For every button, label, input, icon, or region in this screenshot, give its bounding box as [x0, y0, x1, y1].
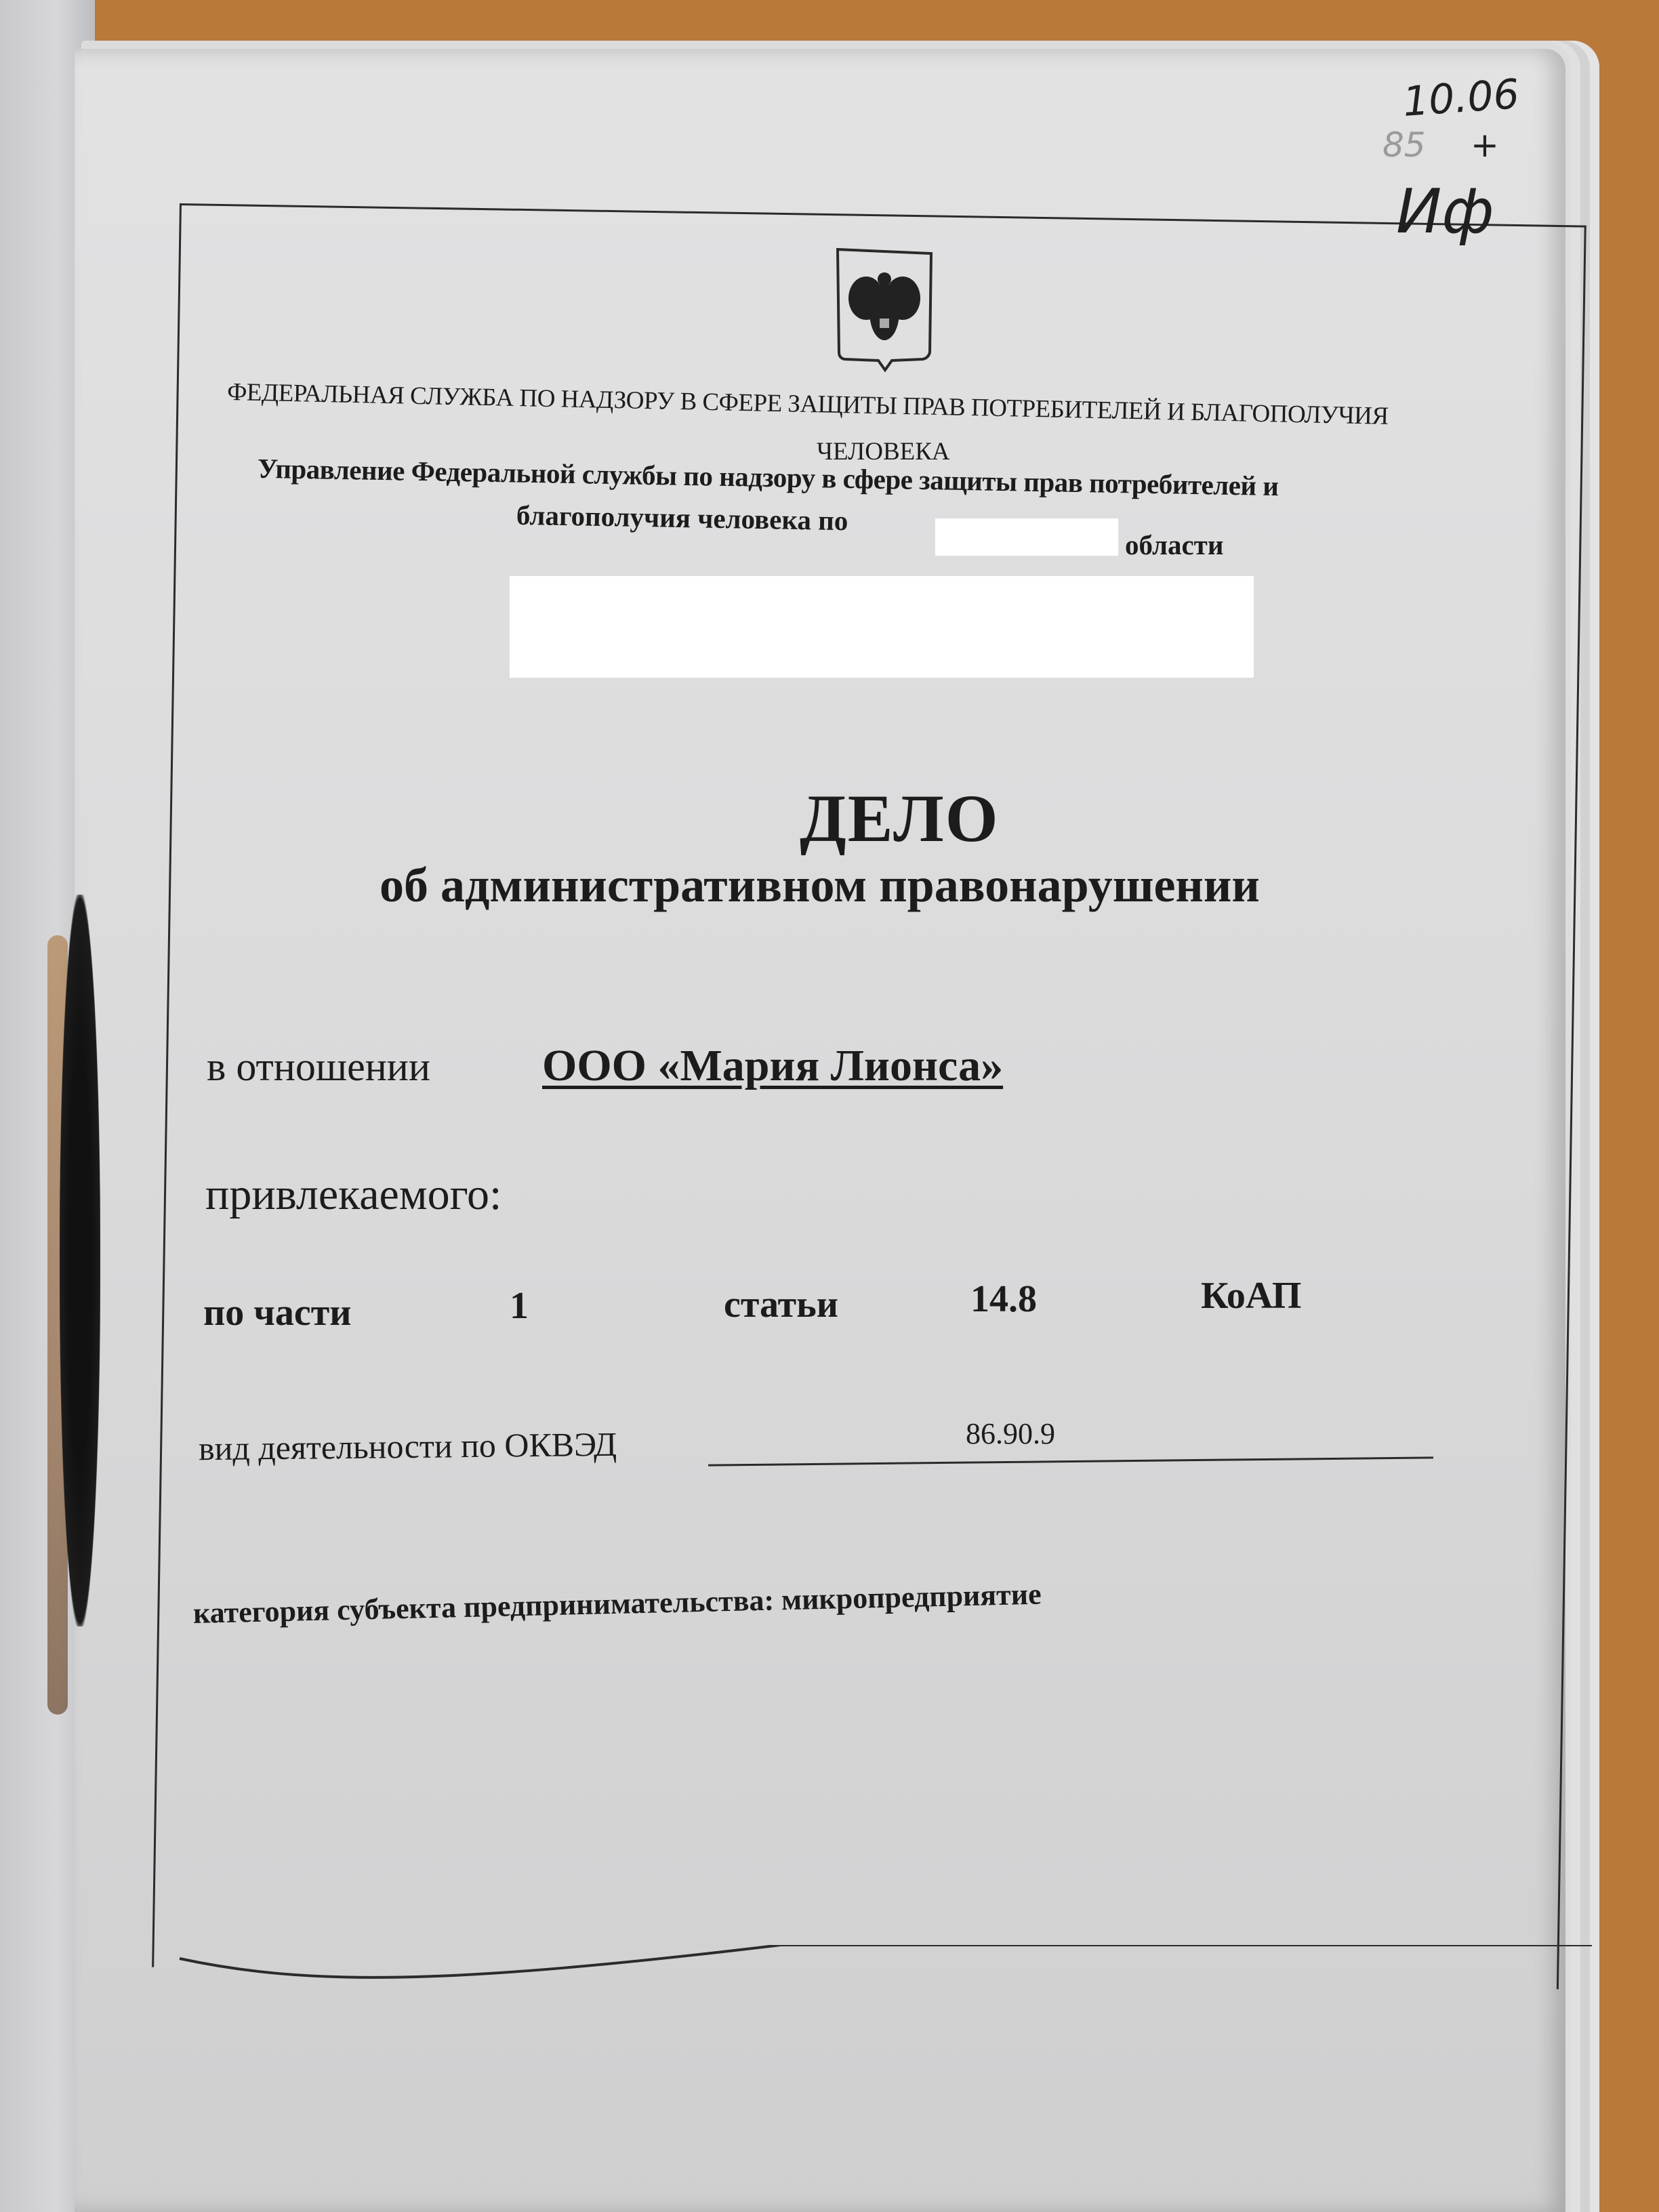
- handwritten-note-faint: 85: [1382, 125, 1426, 165]
- binding-thread: [60, 895, 100, 1626]
- part-label: по части: [203, 1291, 351, 1334]
- article-value: 14.8: [970, 1277, 1037, 1321]
- document-subtitle: об административном правонарушении: [380, 857, 1260, 914]
- part-value: 1: [510, 1284, 529, 1328]
- regarding-label: в отношении: [207, 1044, 430, 1090]
- handwritten-mark: +: [1471, 125, 1499, 165]
- liable-label: привлекаемого:: [205, 1169, 501, 1221]
- document-title: ДЕЛО: [800, 779, 999, 857]
- redacted-region-name: [935, 518, 1118, 556]
- okved-value: 86.90.9: [966, 1416, 1055, 1451]
- department-name-line3: области: [1125, 529, 1223, 561]
- article-label: статьи: [724, 1283, 838, 1326]
- handwritten-date: 10.06: [1401, 70, 1521, 126]
- okved-label: вид деятельности по ОКВЭД: [199, 1425, 617, 1468]
- page-border-bottom: [171, 1945, 1607, 1999]
- department-name-line2: благополучия человека по: [516, 499, 848, 537]
- russian-coat-of-arms-icon: [834, 244, 935, 373]
- redacted-block: [510, 576, 1254, 678]
- category-value: микропредприятие: [781, 1578, 1042, 1617]
- handwritten-initials: Иф: [1396, 176, 1494, 247]
- regarding-value: ООО «Мария Лионса»: [542, 1040, 1003, 1092]
- code-label: КоАП: [1201, 1274, 1301, 1317]
